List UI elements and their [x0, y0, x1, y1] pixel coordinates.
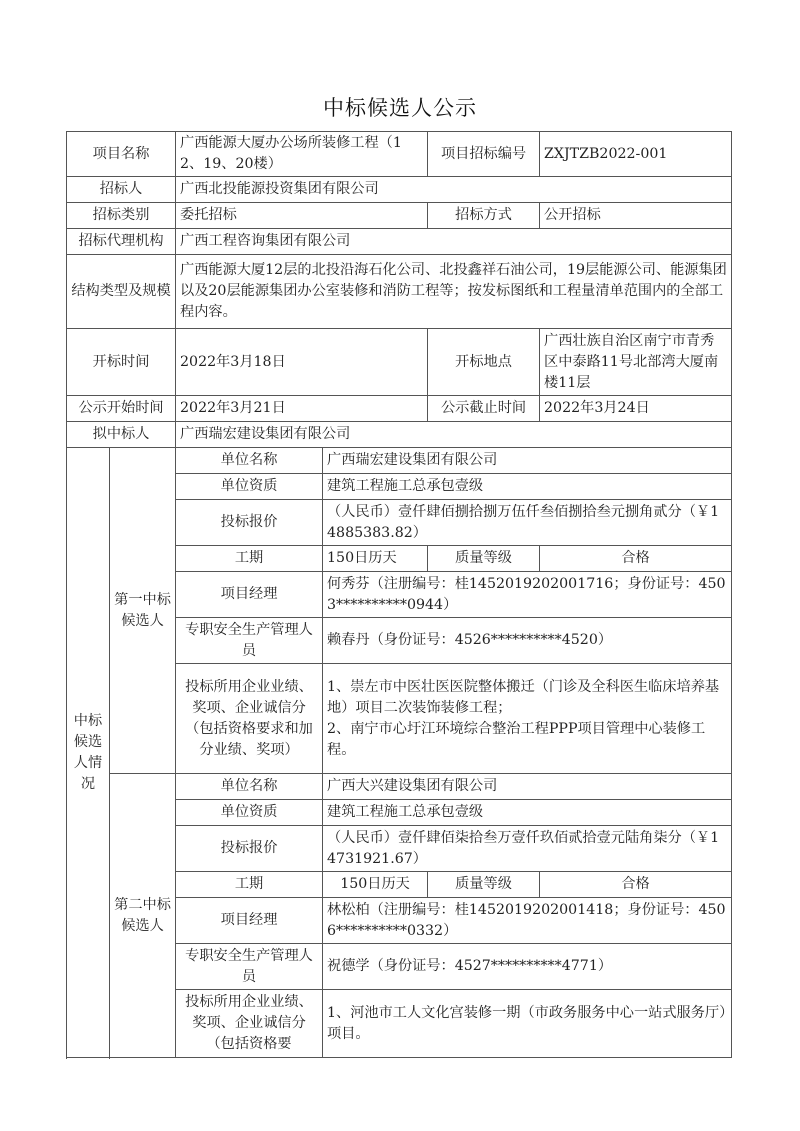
open-time-value: 2022年3月18日 [176, 329, 428, 396]
row-agency: 招标代理机构 广西工程咨询集团有限公司 [67, 229, 732, 255]
pub-end-label: 公示截止时间 [428, 396, 540, 422]
pub-start-label: 公示开始时间 [67, 396, 176, 422]
method-value: 公开招标 [540, 203, 732, 229]
project-name-label: 项目名称 [67, 132, 176, 177]
winner-value: 广西瑞宏建设集团有限公司 [176, 422, 732, 448]
c2-performance-label: 投标所用企业业绩、奖项、企业诚信分（包括资格要 [176, 990, 323, 1058]
c2-duration-value: 150日历天 [323, 872, 428, 898]
c2-unit-name-value: 广西大兴建设集团有限公司 [323, 774, 732, 800]
c2-unit-name-label: 单位名称 [176, 774, 323, 800]
row-project-name: 项目名称 广西能源大厦办公场所装修工程（12、19、20楼） 项目招标编号 ZX… [67, 132, 732, 177]
pub-start-value: 2022年3月21日 [176, 396, 428, 422]
c1-safety-value: 赖春丹（身份证号：4526**********4520） [323, 618, 732, 664]
category-label: 招标类别 [67, 203, 176, 229]
c1-unit-name-value: 广西瑞宏建设集团有限公司 [323, 448, 732, 474]
candidate-1-rank: 第一中标候选人 [110, 448, 176, 774]
open-time-label: 开标时间 [67, 329, 176, 396]
c2-duration-label: 工期 [176, 872, 323, 898]
tenderer-value: 广西北投能源投资集团有限公司 [176, 177, 732, 203]
c1-safety-label: 专职安全生产管理人员 [176, 618, 323, 664]
c1-qualification-label: 单位资质 [176, 474, 323, 500]
agency-label: 招标代理机构 [67, 229, 176, 255]
project-name-value: 广西能源大厦办公场所装修工程（12、19、20楼） [176, 132, 428, 177]
method-label: 招标方式 [428, 203, 540, 229]
c1-row-unit-name: 中标候选人情况 第一中标候选人 单位名称 广西瑞宏建设集团有限公司 [67, 448, 732, 474]
c1-qualification-value: 建筑工程施工总承包壹级 [323, 474, 732, 500]
c2-row-unit-name: 第二中标候选人 单位名称 广西大兴建设集团有限公司 [67, 774, 732, 800]
project-code-label: 项目招标编号 [428, 132, 540, 177]
c2-safety-label: 专职安全生产管理人员 [176, 944, 323, 990]
c2-bid-price-value: （人民币）壹仟肆佰柒拾叁万壹仟玖佰贰拾壹元陆角柒分（￥14731921.67） [323, 826, 732, 872]
project-code-value: ZXJTZB2022-001 [540, 132, 732, 177]
agency-value: 广西工程咨询集团有限公司 [176, 229, 732, 255]
tenderer-label: 招标人 [67, 177, 176, 203]
c1-unit-name-label: 单位名称 [176, 448, 323, 474]
candidate-announcement-table: 项目名称 广西能源大厦办公场所装修工程（12、19、20楼） 项目招标编号 ZX… [66, 131, 732, 1058]
c2-quality-label: 质量等级 [428, 872, 540, 898]
c1-quality-value: 合格 [540, 546, 732, 572]
row-category: 招标类别 委托招标 招标方式 公开招标 [67, 203, 732, 229]
c2-performance-value: 1、河池市工人文化宫装修一期（市政务服务中心一站式服务厅）项目。 [323, 990, 732, 1058]
row-winner: 拟中标人 广西瑞宏建设集团有限公司 [67, 422, 732, 448]
page-title: 中标候选人公示 [0, 92, 800, 122]
c2-quality-value: 合格 [540, 872, 732, 898]
winner-label: 拟中标人 [67, 422, 176, 448]
open-place-value: 广西壮族自治区南宁市青秀区中泰路11号北部湾大厦南楼11层 [540, 329, 732, 396]
row-scale: 结构类型及规模 广西能源大厦12层的北投沿海石化公司、北投鑫祥石油公司，19层能… [67, 255, 732, 329]
c2-manager-value: 林松柏（注册编号：桂1452019202001418；身份证号：4506****… [323, 898, 732, 944]
c1-performance-value: 1、崇左市中医壮医医院整体搬迁（门诊及全科医生临床培养基地）项目二次装饰装修工程… [323, 664, 732, 774]
c1-manager-value: 何秀芬（注册编号：桂1452019202001716；身份证号：4503****… [323, 572, 732, 618]
c2-manager-label: 项目经理 [176, 898, 323, 944]
scale-label: 结构类型及规模 [67, 255, 176, 329]
c1-bid-price-value: （人民币）壹仟肆佰捌拾捌万伍仟叁佰捌拾叁元捌角贰分（￥14885383.82） [323, 500, 732, 546]
c2-safety-value: 祝德学（身份证号：4527**********4771） [323, 944, 732, 990]
row-opening: 开标时间 2022年3月18日 开标地点 广西壮族自治区南宁市青秀区中泰路11号… [67, 329, 732, 396]
c1-bid-price-label: 投标报价 [176, 500, 323, 546]
c1-duration-label: 工期 [176, 546, 323, 572]
c1-performance-label: 投标所用企业业绩、奖项、企业诚信分（包括资格要求和加分业绩、奖项） [176, 664, 323, 774]
c2-bid-price-label: 投标报价 [176, 826, 323, 872]
c1-quality-label: 质量等级 [428, 546, 540, 572]
category-value: 委托招标 [176, 203, 428, 229]
open-place-label: 开标地点 [428, 329, 540, 396]
c2-qualification-value: 建筑工程施工总承包壹级 [323, 800, 732, 826]
section-label: 中标候选人情况 [67, 448, 110, 1058]
row-tenderer: 招标人 广西北投能源投资集团有限公司 [67, 177, 732, 203]
c1-duration-value: 150日历天 [323, 546, 428, 572]
pub-end-value: 2022年3月24日 [540, 396, 732, 422]
row-publicity: 公示开始时间 2022年3月21日 公示截止时间 2022年3月24日 [67, 396, 732, 422]
scale-value: 广西能源大厦12层的北投沿海石化公司、北投鑫祥石油公司，19层能源公司、能源集团… [176, 255, 732, 329]
candidate-2-rank: 第二中标候选人 [110, 774, 176, 1058]
c1-manager-label: 项目经理 [176, 572, 323, 618]
c2-qualification-label: 单位资质 [176, 800, 323, 826]
